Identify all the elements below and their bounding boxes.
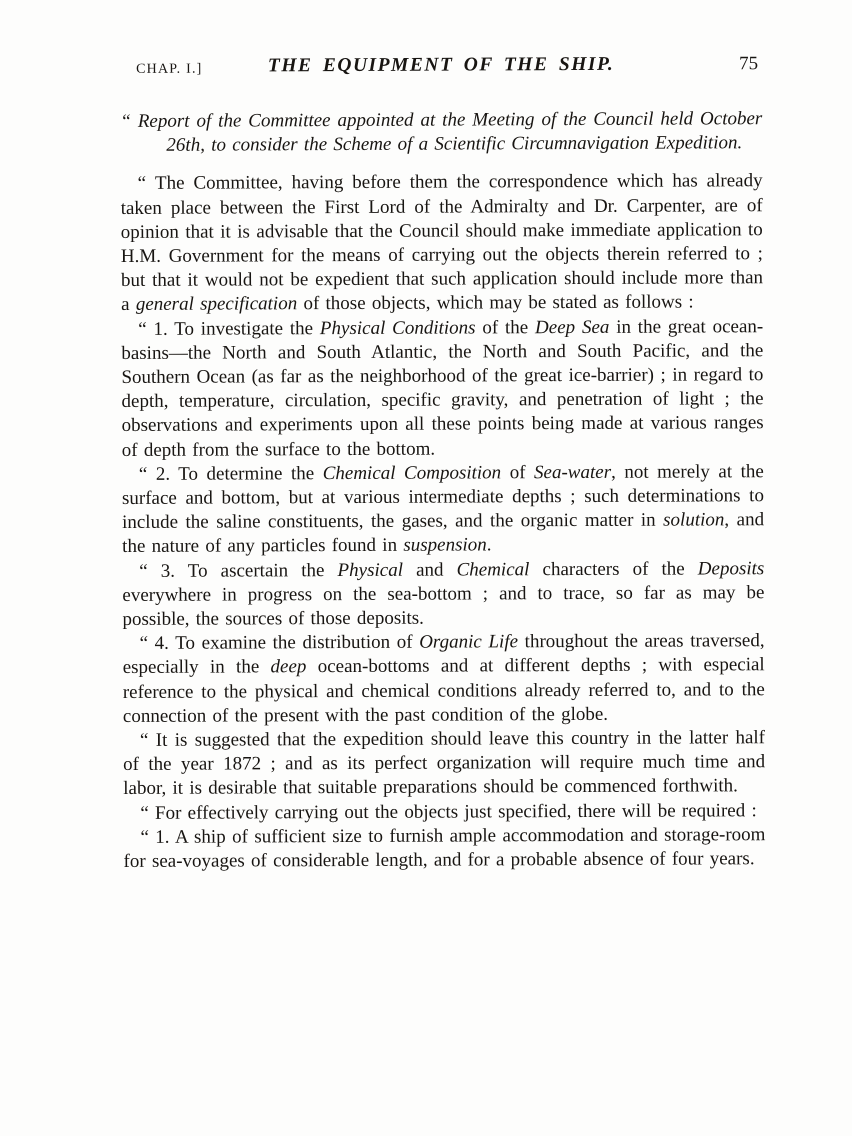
italic-text-run: Sea-water <box>534 462 611 483</box>
text-run: “ 1. A ship of sufficient size to furnis… <box>123 824 765 872</box>
text-run: of those objects, which may be stated as… <box>297 292 694 315</box>
text-run: “ 3. To ascertain the <box>139 560 337 582</box>
text-run: “ 1. To investigate the <box>138 318 320 340</box>
text-run: of <box>501 462 534 483</box>
italic-text-run: Organic Life <box>419 632 518 653</box>
text-run: everywhere in progress on the sea-bottom… <box>122 582 764 630</box>
text-run: “ 4. To examine the distribution of <box>140 632 420 654</box>
report-body: “ Report of the Committee appointed at t… <box>120 107 765 874</box>
body-paragraph: “ 1. To investigate the Physical Conditi… <box>121 315 764 463</box>
book-page: CHAP. I.] THE EQUIPMENT OF THE SHIP. 75 … <box>0 0 852 1136</box>
text-run: . <box>487 535 492 556</box>
italic-text-run: Chemical Composition <box>323 462 502 484</box>
report-heading-paragraph: “ Report of the Committee appointed at t… <box>120 107 762 158</box>
italic-text-run: Chemical <box>457 559 530 580</box>
text-run: “ It is suggested that the expedition sh… <box>123 727 765 799</box>
italic-text-run: “ Report of the Committee appointed at t… <box>120 108 762 156</box>
italic-text-run: Deposits <box>698 558 765 579</box>
text-run: “ For effectively carrying out the objec… <box>140 800 756 824</box>
page-content: CHAP. I.] THE EQUIPMENT OF THE SHIP. 75 … <box>120 49 766 874</box>
body-paragraph: “ For effectively carrying out the objec… <box>123 799 765 826</box>
italic-text-run: deep <box>270 657 306 678</box>
text-run: characters of the <box>529 558 697 580</box>
body-paragraph: “ 3. To ascertain the Physical and Chemi… <box>122 557 764 632</box>
italic-text-run: Deep Sea <box>535 316 609 337</box>
body-paragraph: “ 1. A ship of sufficient size to furnis… <box>123 823 765 874</box>
body-paragraph: “ The Committee, having before them the … <box>121 170 764 318</box>
italic-text-run: Physical <box>337 559 403 580</box>
italic-text-run: general specification <box>136 294 297 316</box>
page-number: 75 <box>739 53 758 75</box>
italic-text-run: suspension <box>403 535 486 556</box>
text-run: and <box>403 559 457 580</box>
body-paragraph: “ It is suggested that the expedition sh… <box>123 726 765 801</box>
italic-text-run: Physical Conditions <box>320 317 476 339</box>
text-run: of the <box>476 317 536 338</box>
text-run: “ 2. To determine the <box>139 463 323 485</box>
italic-text-run: solution <box>663 510 724 531</box>
body-paragraph: “ 2. To determine the Chemical Compositi… <box>122 460 764 560</box>
body-paragraph: “ 4. To examine the distribution of Orga… <box>123 629 765 729</box>
page-header: CHAP. I.] THE EQUIPMENT OF THE SHIP. 75 <box>120 49 762 78</box>
running-title: THE EQUIPMENT OF THE SHIP. <box>120 53 762 78</box>
